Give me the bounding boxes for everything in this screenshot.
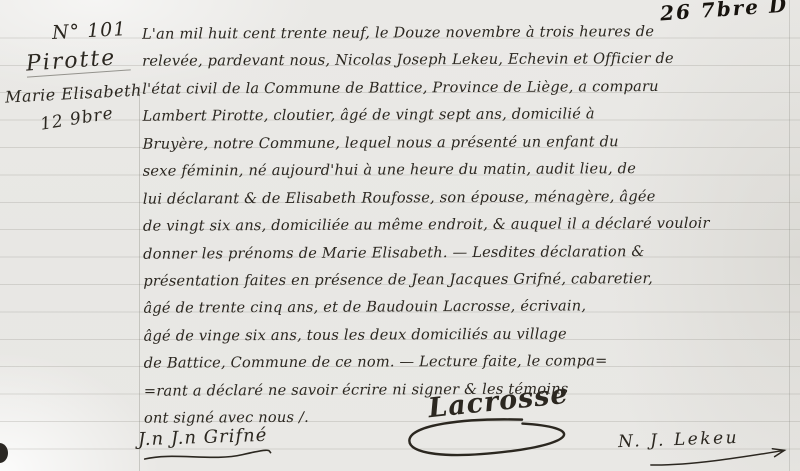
manuscript-line: de Battice, Commune de ce nom. — Lecture… [144, 347, 797, 378]
signature-lacrosse: Lacrosse [427, 379, 570, 425]
margin-given-names: Marie Elisabeth [5, 80, 143, 106]
manuscript-line: de vingt six ans, domiciliée au même end… [143, 209, 796, 240]
manuscript-line: âgé de trente cinq ans, et de Baudouin L… [143, 292, 796, 323]
signature-grifne: J.n J.n Grifné [138, 425, 268, 451]
margin-rule [139, 86, 140, 471]
ink-blot [0, 443, 8, 463]
margin-date: 12 9bre [39, 103, 115, 134]
manuscript-line: l'état civil de la Commune de Battice, P… [142, 72, 795, 103]
act-body-text: L'an mil huit cent trente neuf, le Douze… [142, 17, 797, 432]
manuscript-line: L'an mil huit cent trente neuf, le Douze… [142, 17, 795, 48]
manuscript-line: âgé de vinge six ans, tous les deux domi… [144, 319, 797, 350]
manuscript-line: sexe féminin, né aujourd'hui à une heure… [143, 154, 796, 185]
manuscript-line: lui déclarant & de Elisabeth Roufosse, s… [143, 182, 796, 213]
act-number: N° 101 [51, 18, 126, 44]
manuscript-line: relevée, pardevant nous, Nicolas Joseph … [142, 45, 795, 76]
scanned-register-page: 26 7bre D N° 101 Pirotte Marie Elisabeth… [0, 0, 800, 471]
margin-surname: Pirotte [25, 44, 131, 77]
manuscript-line: présentation faites en présence de Jean … [143, 264, 796, 295]
manuscript-line: donner les prénoms de Marie Elisabeth. —… [143, 237, 796, 268]
manuscript-line: Lambert Pirotte, cloutier, âgé de vingt … [142, 100, 795, 131]
signature-lekeu: N. J. Lekeu [618, 428, 740, 452]
manuscript-line: Bruyère, notre Commune, lequel nous a pr… [143, 127, 796, 158]
signature-lekeu-flourish [648, 446, 789, 469]
